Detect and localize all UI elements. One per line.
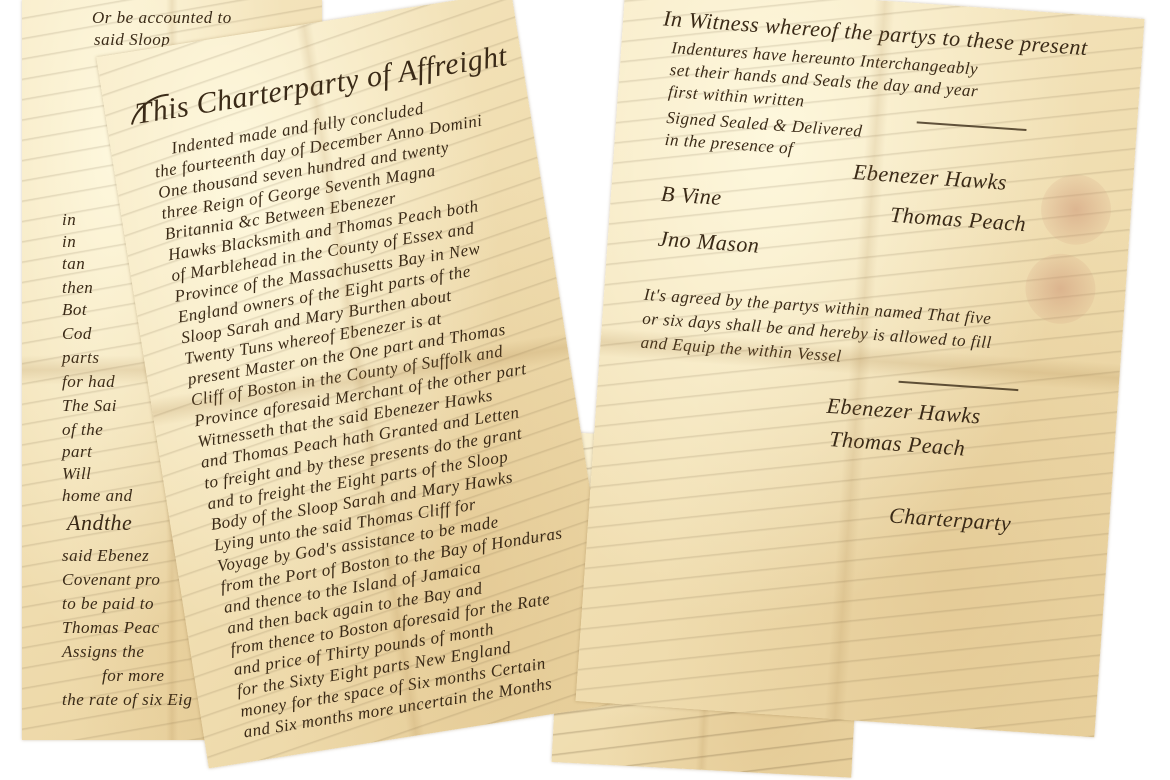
margin-line: part xyxy=(62,442,92,462)
handwritten-line: Thomas Peac xyxy=(62,618,160,638)
handwritten-line: to be paid to xyxy=(62,594,154,614)
margin-line: Cod xyxy=(62,324,92,344)
margin-line: parts xyxy=(62,348,99,368)
margin-line: then xyxy=(62,278,93,298)
underline-rule xyxy=(917,121,1027,131)
handwritten-line: Covenant pro xyxy=(62,570,160,590)
handwritten-line: Assigns the xyxy=(62,642,144,662)
signature: Thomas Peach xyxy=(889,202,1027,237)
manuscript-sheet-right: In Witness whereof the partys to these p… xyxy=(576,0,1145,737)
margin-line: home and xyxy=(62,486,133,506)
margin-line: for had xyxy=(62,372,115,392)
margin-line: Bot xyxy=(62,300,87,320)
margin-line: tan xyxy=(62,254,85,274)
witness-signature: B Vine xyxy=(660,181,722,211)
handwritten-line: Or be accounted to xyxy=(92,8,232,28)
margin-line: in xyxy=(62,210,76,230)
handwritten-line: for more xyxy=(102,666,164,686)
bleed-through-text xyxy=(576,0,1145,737)
wax-seal-icon xyxy=(1039,172,1114,247)
handwritten-line: the rate of six Eig xyxy=(62,690,192,710)
signature: Thomas Peach xyxy=(829,426,967,461)
wax-seal-icon xyxy=(1023,251,1098,326)
margin-line: of the xyxy=(62,420,103,440)
margin-line: Will xyxy=(62,464,91,484)
handwritten-line: said Ebenez xyxy=(62,546,149,566)
margin-line: in xyxy=(62,232,76,252)
underline-rule xyxy=(899,381,1019,391)
signature: Ebenezer Hawks xyxy=(826,393,982,430)
signature: Ebenezer Hawks xyxy=(852,159,1008,196)
handwritten-line: Andthe xyxy=(67,510,132,536)
witness-signature: Jno Mason xyxy=(657,226,760,259)
docket-title: Charterparty xyxy=(888,502,1012,536)
margin-line: The Sai xyxy=(62,396,117,416)
